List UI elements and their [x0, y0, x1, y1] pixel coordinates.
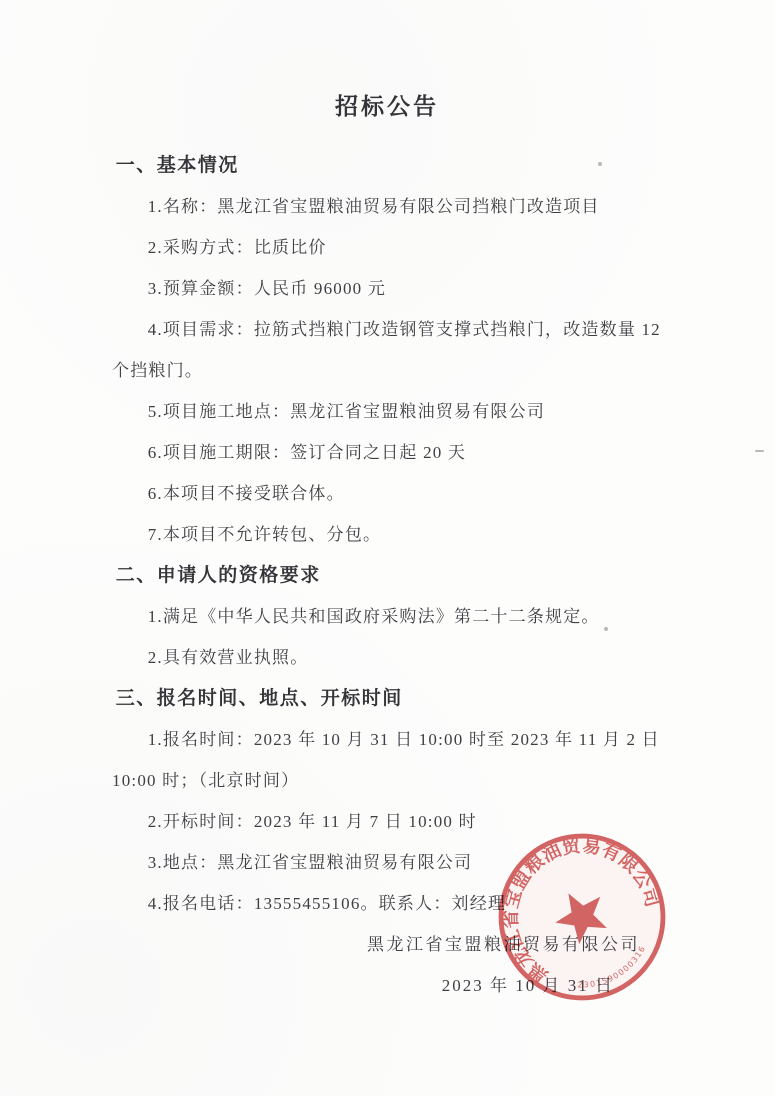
item-contact-phone: 4.报名电话：13555455106。联系人：刘经理: [112, 883, 662, 924]
item-registration-time: 1.报名时间：2023 年 10 月 31 日 10:00 时至 2023 年 …: [112, 719, 662, 801]
section-basic-info: 一、基本情况 1.名称：黑龙江省宝盟粮油贸易有限公司挡粮门改造项目 2.采购方式…: [112, 145, 662, 555]
section-heading-schedule: 三、报名时间、地点、开标时间: [112, 678, 662, 719]
item-law-requirement: 1.满足《中华人民共和国政府采购法》第二十二条规定。: [112, 596, 662, 637]
item-no-consortium: 6.本项目不接受联合体。: [112, 473, 662, 514]
item-construction-period: 6.项目施工期限：签订合同之日起 20 天: [112, 432, 662, 473]
scan-speck: [604, 627, 608, 631]
scan-speck: [598, 162, 602, 166]
signature-company: 黑龙江省宝盟粮油贸易有限公司: [112, 924, 640, 965]
document-title: 招标公告: [112, 92, 662, 122]
item-project-name: 1.名称：黑龙江省宝盟粮油贸易有限公司挡粮门改造项目: [112, 186, 662, 227]
item-project-requirement: 4.项目需求：拉筋式挡粮门改造钢管支撑式挡粮门，改造数量 12 个挡粮门。: [112, 309, 662, 391]
item-business-license: 2.具有效营业执照。: [112, 637, 662, 678]
item-budget: 3.预算金额：人民币 96000 元: [112, 268, 662, 309]
item-no-subcontract: 7.本项目不允许转包、分包。: [112, 514, 662, 555]
item-location: 3.地点：黑龙江省宝盟粮油贸易有限公司: [112, 842, 662, 883]
item-procurement-method: 2.采购方式：比质比价: [112, 227, 662, 268]
signature-block: 黑龙江省宝盟粮油贸易有限公司 2023 年 10 月 31 日: [112, 924, 662, 1006]
section-heading-qualification: 二、申请人的资格要求: [112, 555, 662, 596]
scan-speck: [755, 450, 764, 452]
item-construction-site: 5.项目施工地点：黑龙江省宝盟粮油贸易有限公司: [112, 391, 662, 432]
item-bid-opening-time: 2.开标时间：2023 年 11 月 7 日 10:00 时: [112, 801, 662, 842]
section-heading-basic-info: 一、基本情况: [112, 145, 662, 186]
signature-date: 2023 年 10 月 31 日: [112, 965, 640, 1006]
section-qualification: 二、申请人的资格要求 1.满足《中华人民共和国政府采购法》第二十二条规定。 2.…: [112, 555, 662, 678]
document-page: 招标公告 一、基本情况 1.名称：黑龙江省宝盟粮油贸易有限公司挡粮门改造项目 2…: [0, 0, 775, 1096]
section-schedule: 三、报名时间、地点、开标时间 1.报名时间：2023 年 10 月 31 日 1…: [112, 678, 662, 924]
